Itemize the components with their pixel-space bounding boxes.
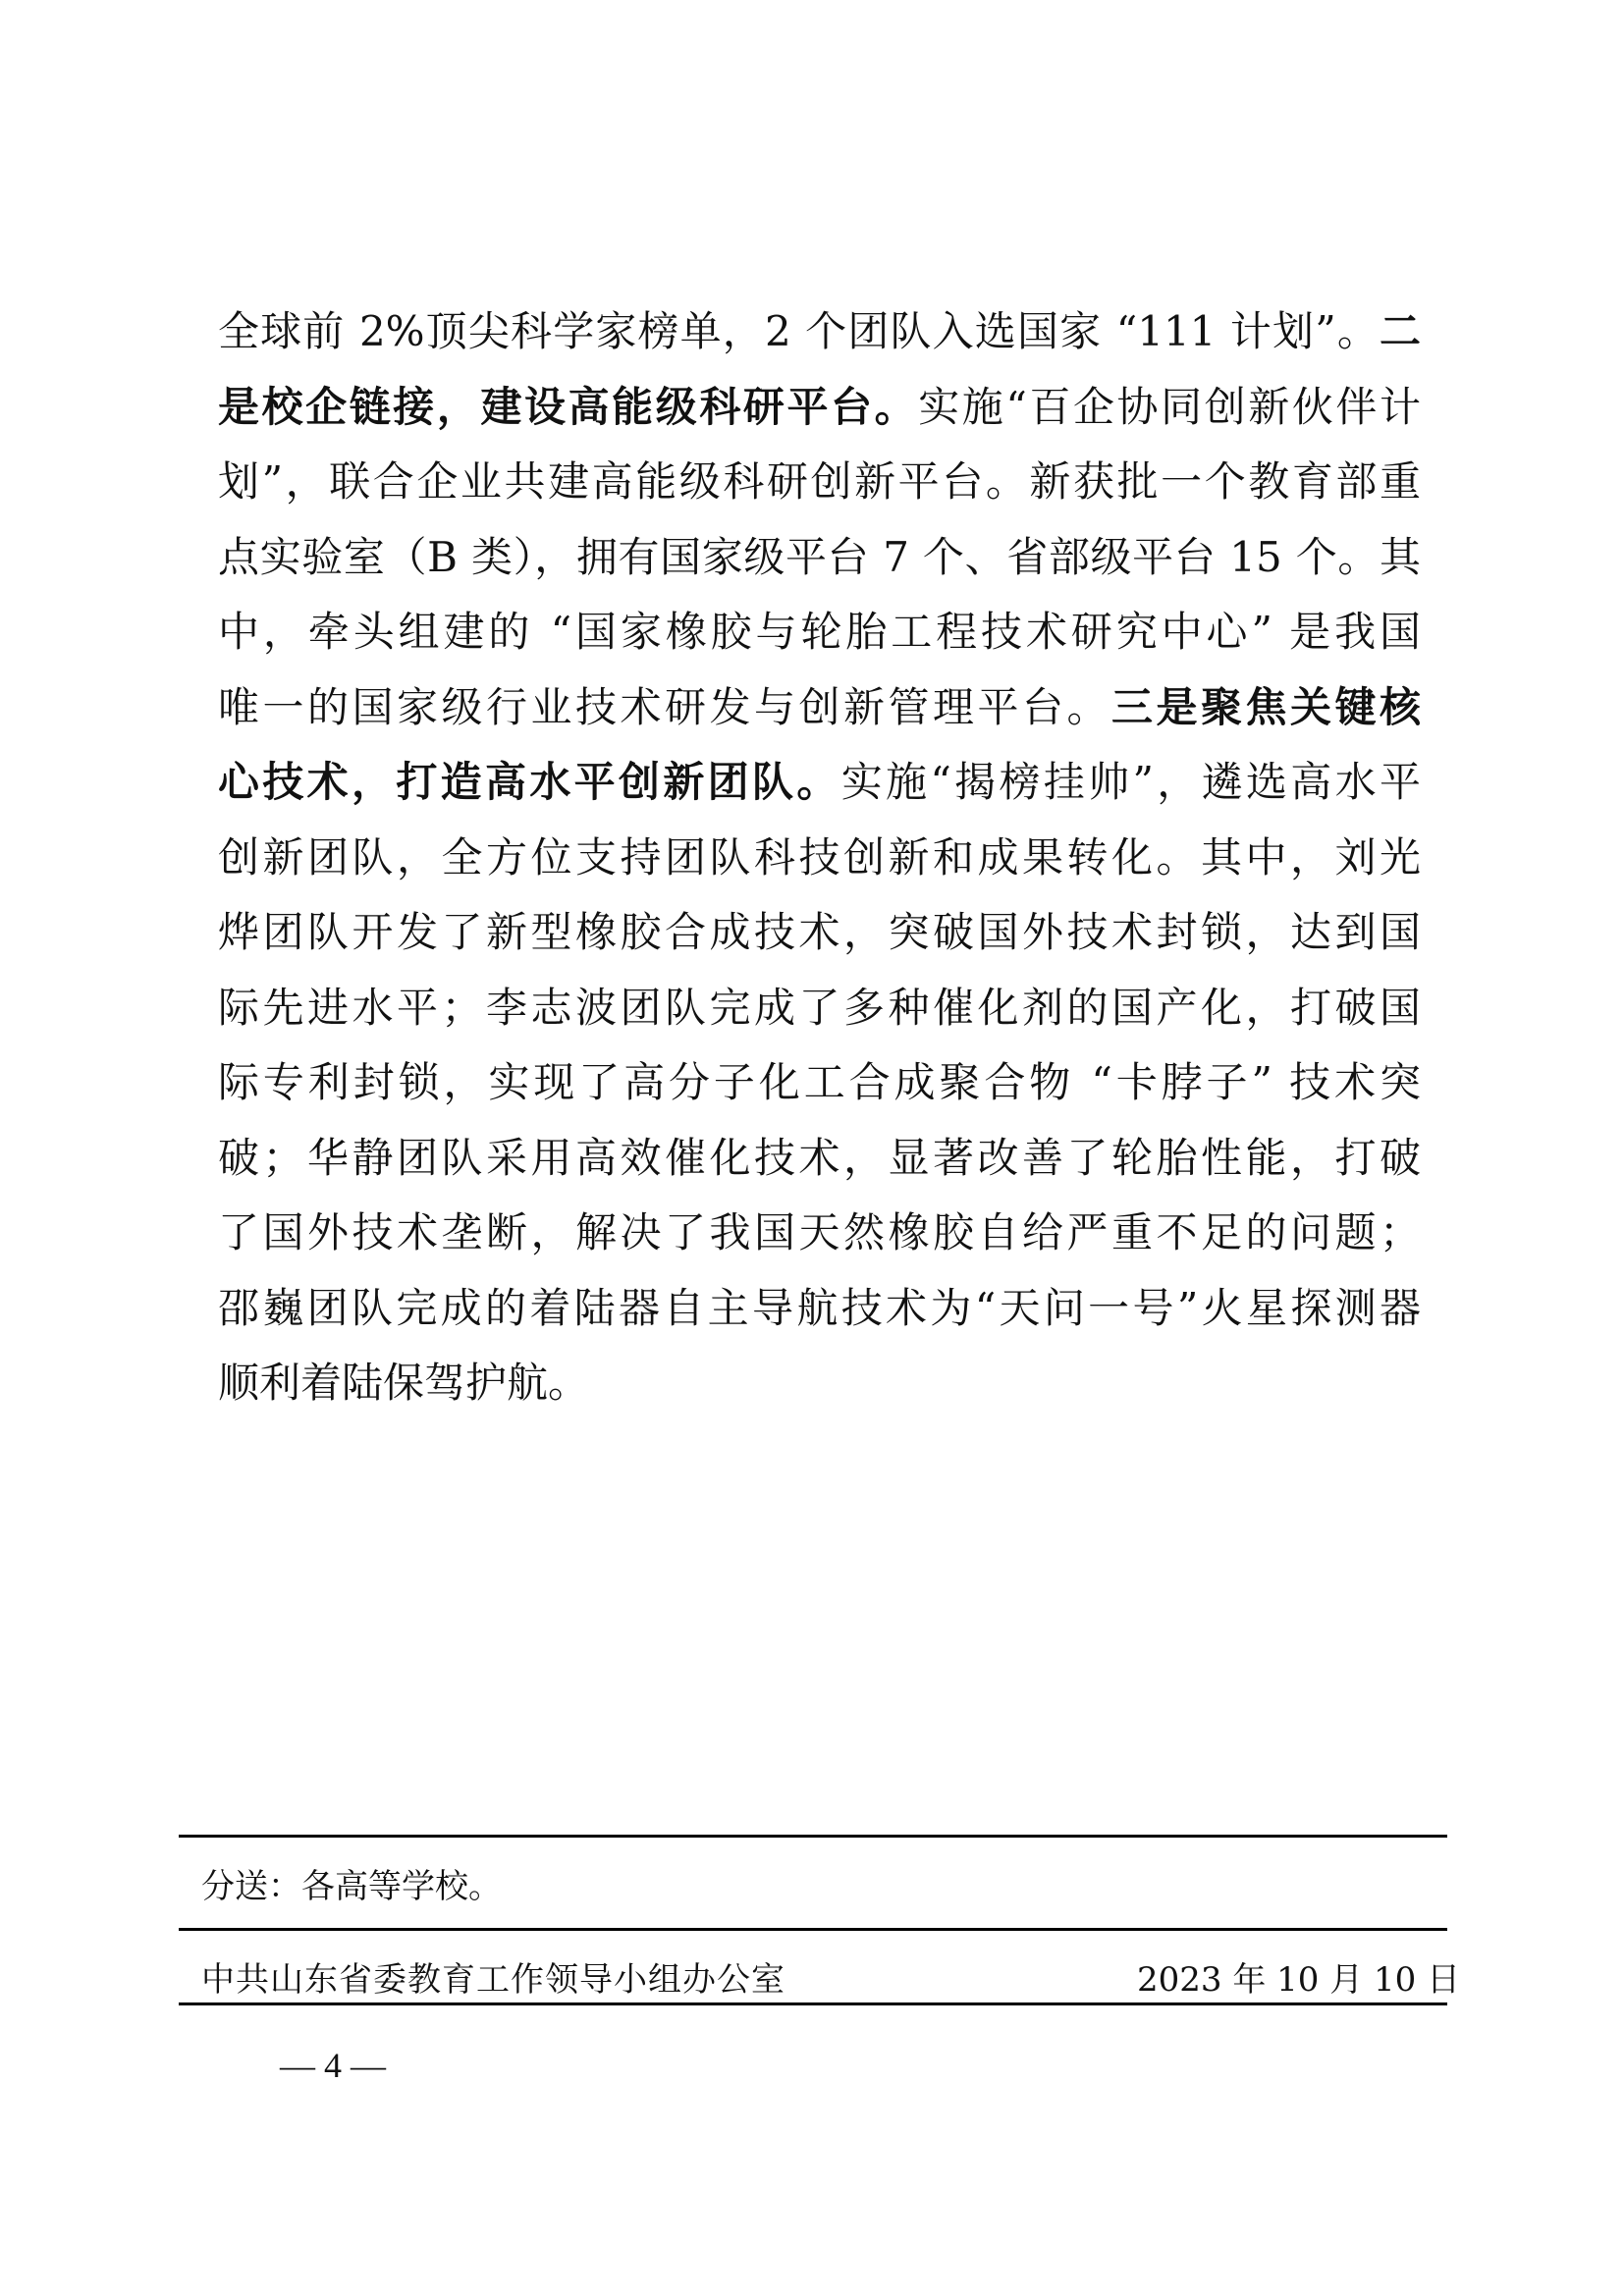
body-text: 创新团队，全方位支持团队科技创新和成果转化。其中，刘光 <box>218 833 1421 881</box>
body-text: 全球前 2%顶尖科学家榜单，2 个团队入选国家 “111 计划”。 <box>218 307 1380 355</box>
body-text: 顺利着陆保驾护航。 <box>218 1359 589 1407</box>
body-text: 了国外技术垄断，解决了我国天然橡胶自给严重不足的问题； <box>218 1208 1421 1256</box>
text-line: 心技术，打造高水平创新团队。实施“揭榜挂帅”，遴选高水平 <box>218 745 1421 821</box>
text-line: 是校企链接，建设高能级科研平台。实施“百企协同创新伙伴计 <box>218 370 1421 446</box>
body-text: 实施“揭榜挂帅”，遴选高水平 <box>841 758 1421 806</box>
bold-heading-text: 心技术，打造高水平创新团队。 <box>218 758 841 806</box>
body-text: 烨团队开发了新型橡胶合成技术，突破国外技术封锁，达到国 <box>218 908 1421 956</box>
body-text: 邵巍团队完成的着陆器自主导航技术为“天问一号”火星探测器 <box>218 1284 1421 1332</box>
page-number: — 4 — <box>280 2045 386 2086</box>
issue-date: 2023 年 10 月 10 日 <box>1137 1952 1460 2001</box>
body-text: 划”，联合企业共建高能级科研创新平台。新获批一个教育部重 <box>218 457 1421 506</box>
document-page: 全球前 2%顶尖科学家榜单，2 个团队入选国家 “111 计划”。二是校企链接，… <box>0 0 1624 2296</box>
text-line: 全球前 2%顶尖科学家榜单，2 个团队入选国家 “111 计划”。二 <box>218 294 1421 370</box>
distribution-list: 分送：各高等学校。 <box>201 1859 502 1907</box>
body-text: 际先进水平；李志波团队完成了多种催化剂的国产化，打破国 <box>218 984 1421 1032</box>
body-paragraph: 全球前 2%顶尖科学家榜单，2 个团队入选国家 “111 计划”。二是校企链接，… <box>218 294 1421 1421</box>
text-line: 了国外技术垄断，解决了我国天然橡胶自给严重不足的问题； <box>218 1196 1421 1271</box>
footer-top-rule <box>179 1835 1447 1838</box>
text-line: 唯一的国家级行业技术研发与创新管理平台。三是聚焦关键核 <box>218 670 1421 746</box>
body-text: 破；华静团队采用高效催化技术，显著改善了轮胎性能，打破 <box>218 1134 1421 1182</box>
text-line: 邵巍团队完成的着陆器自主导航技术为“天问一号”火星探测器 <box>218 1271 1421 1347</box>
body-text: 点实验室（B 类），拥有国家级平台 7 个、省部级平台 15 个。其 <box>218 533 1421 581</box>
footer-middle-rule <box>179 1928 1447 1931</box>
text-line: 点实验室（B 类），拥有国家级平台 7 个、省部级平台 15 个。其 <box>218 520 1421 596</box>
bold-heading-text: 是校企链接，建设高能级科研平台。 <box>218 383 918 431</box>
bold-heading-text: 三是聚焦关键核 <box>1111 683 1421 731</box>
text-line: 烨团队开发了新型橡胶合成技术，突破国外技术封锁，达到国 <box>218 895 1421 971</box>
bold-heading-text: 二 <box>1380 307 1421 355</box>
text-line: 际专利封锁，实现了高分子化工合成聚合物 “卡脖子” 技术突 <box>218 1045 1421 1121</box>
body-text: 实施“百企协同创新伙伴计 <box>918 383 1421 431</box>
issuing-office: 中共山东省委教育工作领导小组办公室 <box>201 1952 785 2001</box>
body-text: 唯一的国家级行业技术研发与创新管理平台。 <box>218 683 1111 731</box>
body-text: 际专利封锁，实现了高分子化工合成聚合物 “卡脖子” 技术突 <box>218 1058 1421 1106</box>
text-line: 顺利着陆保驾护航。 <box>218 1346 1421 1421</box>
body-text: 中，牵头组建的 “国家橡胶与轮胎工程技术研究中心” 是我国 <box>218 608 1421 656</box>
footer-bottom-rule <box>179 2002 1447 2005</box>
text-line: 中，牵头组建的 “国家橡胶与轮胎工程技术研究中心” 是我国 <box>218 595 1421 670</box>
text-line: 划”，联合企业共建高能级科研创新平台。新获批一个教育部重 <box>218 445 1421 520</box>
text-line: 际先进水平；李志波团队完成了多种催化剂的国产化，打破国 <box>218 971 1421 1046</box>
text-line: 创新团队，全方位支持团队科技创新和成果转化。其中，刘光 <box>218 821 1421 896</box>
text-line: 破；华静团队采用高效催化技术，显著改善了轮胎性能，打破 <box>218 1121 1421 1197</box>
